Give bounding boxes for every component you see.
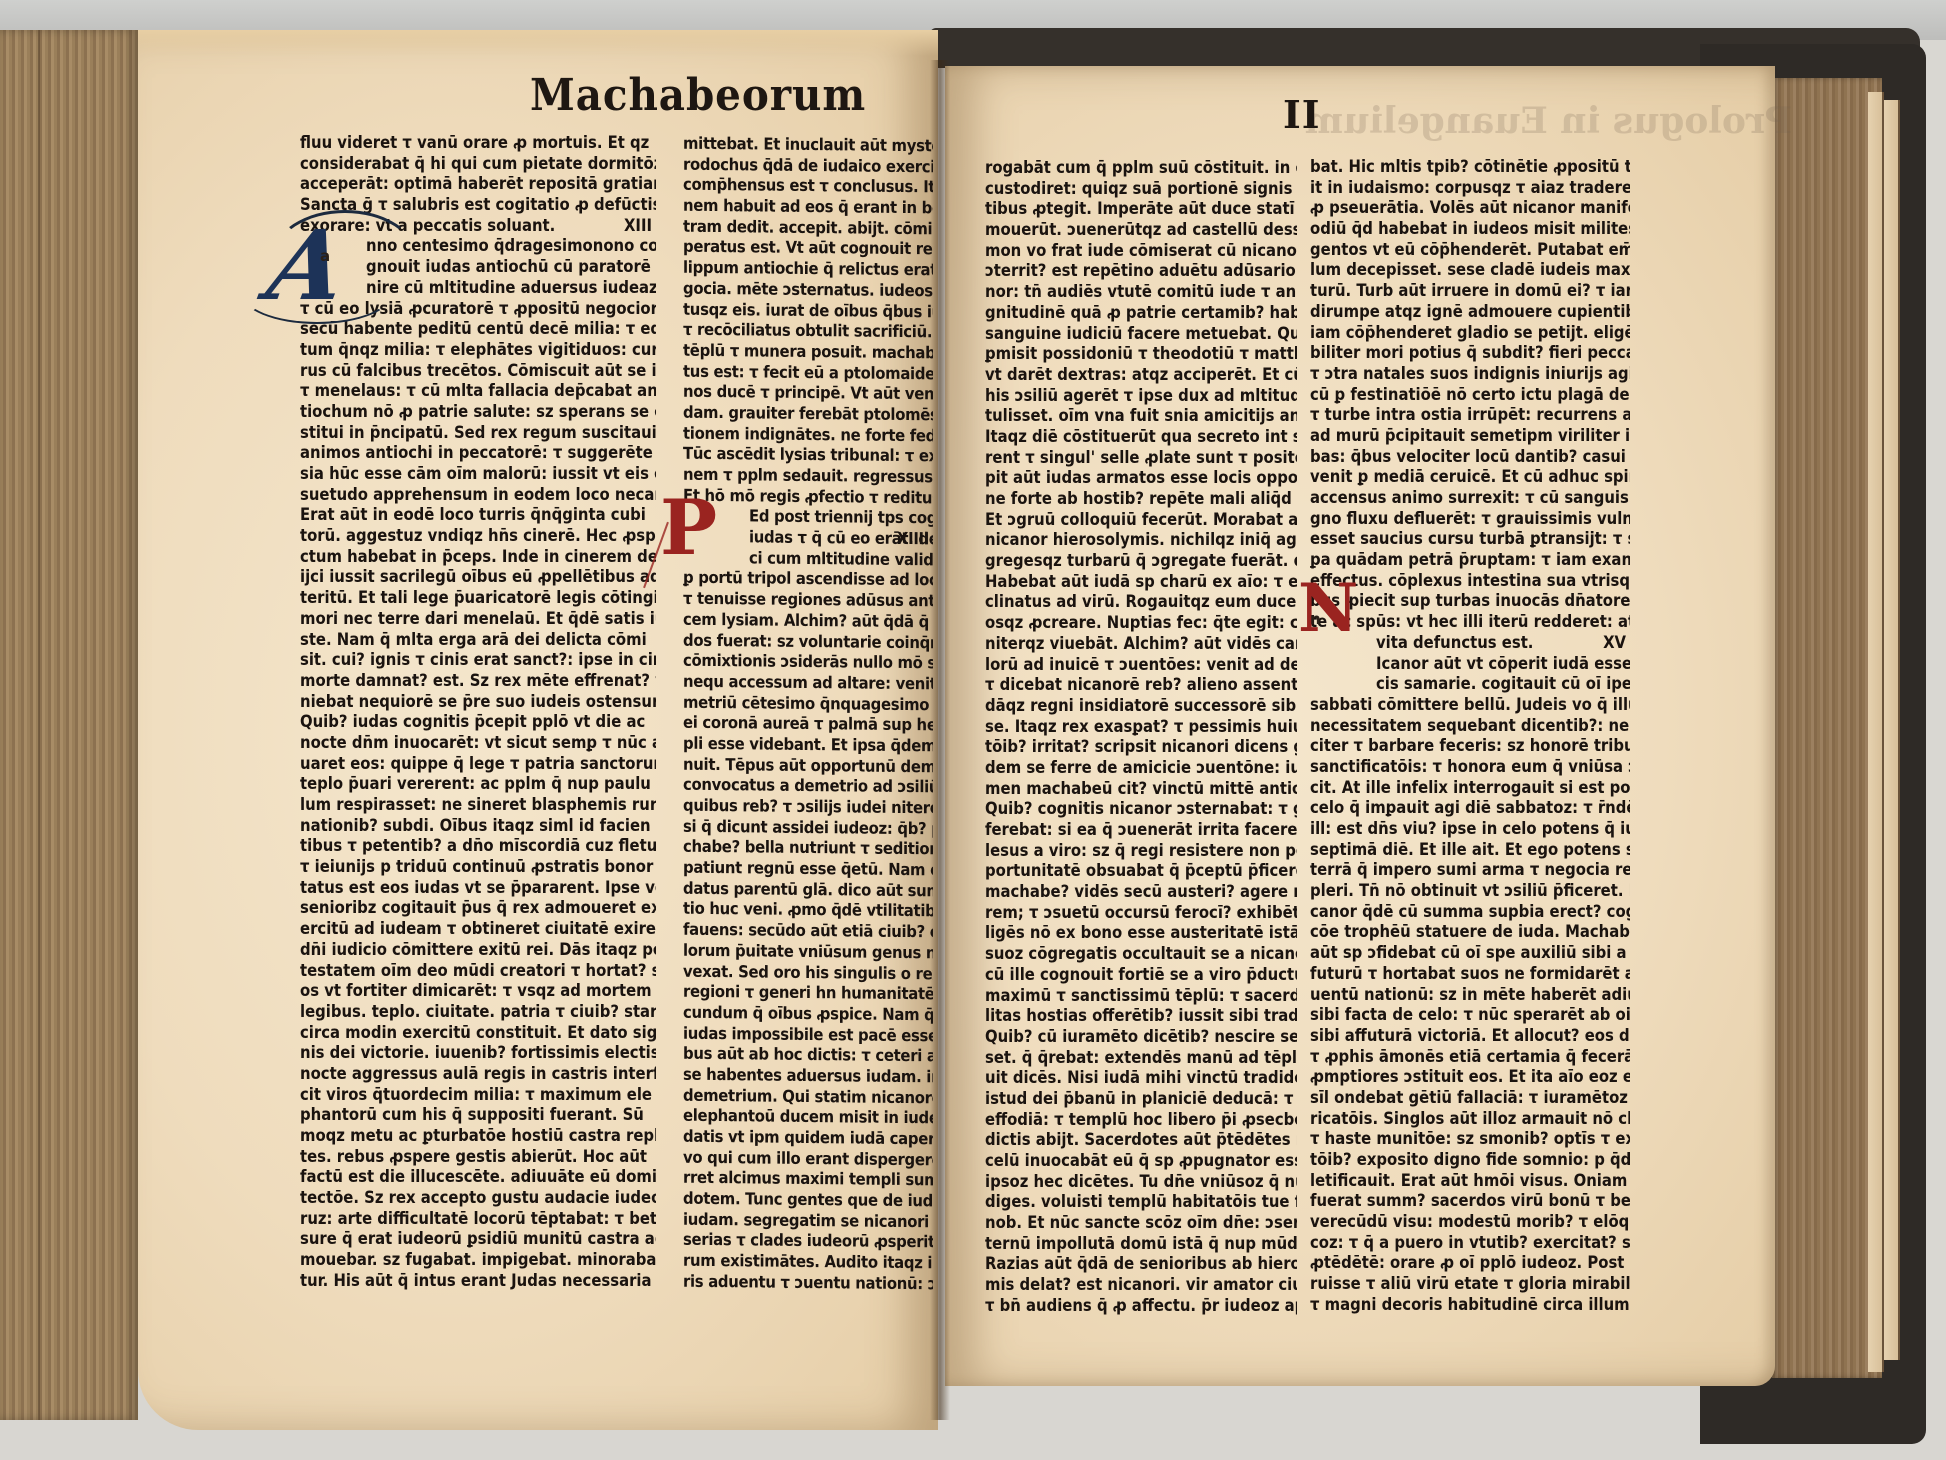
text-line: nequ accessum ad altare: venit ad regē d… — [683, 672, 933, 695]
text-line: Quib? iudas cognitis p̄cepit pplō vt die… — [300, 712, 656, 733]
text-line: sibi facta de celo: τ nūc sperarēt ab oi… — [1310, 1005, 1630, 1026]
text-line: cit viros q̄tuordecim milia: τ maximum e… — [300, 1085, 656, 1106]
text-line: odiū q̄d habebat in iudeos misit milites… — [1310, 219, 1630, 240]
text-line: τ haste munitōe: sz smonib? optīs τ exho… — [1310, 1129, 1630, 1150]
text-line: effodiā: τ templū hoc libero p̄i ꝓsecbo … — [985, 1110, 1297, 1131]
text-line: aūt sp ɔfidebat cū oī spe auxiliū sibi a… — [1310, 943, 1630, 964]
text-line: sia hūc esse cām oīm malorū: iussit vt e… — [300, 464, 656, 485]
text-line: bas: q̄bus velociter locū dantib? casui … — [1310, 447, 1630, 468]
text-line: uaret eos: quippe q̄ lege τ patria sanct… — [300, 754, 656, 775]
text-line: ruisse τ aliū virū etate τ gloria mirabi… — [1310, 1274, 1630, 1295]
text-line: bus aūt ab hoc dictis: τ ceteri amici ho… — [683, 1044, 933, 1067]
text-line: mori nec terre dari menelaū. Et q̄dē sat… — [300, 609, 656, 630]
text-line: turū. Turb aūt irruere in domū ei? τ ian… — [1310, 281, 1630, 302]
text-line: tēplū τ munera posuit. machabeū amplexa — [683, 341, 933, 364]
text-line: cū ꝑ festinatiōē nō certo ictu plagā ded… — [1310, 385, 1630, 406]
text-line: dn̄i iudicio cōmittere exitū rei. Dās it… — [300, 940, 656, 961]
text-line: canor q̄dē cū summa supbia erect? cogita… — [1310, 902, 1630, 923]
text-line: nocte dn̄m inuocarēt: vt sicut semꝑ τ nū… — [300, 733, 656, 754]
text-column-3: rogabāt cum q̄ pplm suū cōstituit. in et… — [985, 158, 1297, 1317]
text-line: rogabāt cum q̄ pplm suū cōstituit. in et… — [985, 158, 1297, 179]
text-line: ternū impollutā domū istā q̄ nup mūdata … — [985, 1234, 1297, 1255]
text-line: gnitudinē quā ꝓ patrie certamib? habebāt… — [985, 303, 1297, 324]
text-line: iudas impossibile est pacē esse negocijs… — [683, 1023, 933, 1046]
text-line: quibus reb? τ ɔsilijs iudei niterent. re… — [683, 796, 933, 819]
page-stain — [138, 30, 938, 56]
text-line: sanctificatōis: τ honora eum q̄ vniūsa ɔ… — [1310, 757, 1630, 778]
text-line: animos antiochi in peccatorē: τ suggerēt… — [300, 443, 656, 464]
text-line: tectōe. Sz rex accepto gustu audacie iud… — [300, 1188, 656, 1209]
text-line: gocia. mēte ɔsternatus. iudeos dep̄cans … — [683, 279, 933, 302]
text-line: factū est die illucescēte. adiuuāte eū d… — [300, 1167, 656, 1188]
text-line: Et ɔgruū colloquiū fecerūt. Morabat aūt — [985, 510, 1297, 531]
text-line: τ menelaus: τ cū mlta fallacia dep̄cabat… — [300, 381, 656, 402]
text-line: nicanor hierosolymis. nichilqz iniq̄ age… — [985, 530, 1297, 551]
text-line: uentū nationū: sz in mēte haberēt adiuto… — [1310, 985, 1630, 1006]
text-line: celo q̄ imꝑauit agi diē sabbatoz: τ r̄nd… — [1310, 798, 1630, 819]
text-line: elephantoū ducem misit in iudeam. dat? m… — [683, 1106, 933, 1129]
text-line: Ed post triennij tps cognouitXIIII — [683, 506, 933, 529]
text-line: letificauit. Erat aūt hmōi visus. Oniam … — [1310, 1171, 1630, 1192]
text-line: lum respirasset: ne sineret blasphemis r… — [300, 795, 656, 816]
text-line: tur. His aūt q̄ intus erant Judas necess… — [300, 1271, 656, 1292]
text-line: ei coronā aureā τ palmā sup hec τ talos … — [683, 713, 933, 736]
text-line: Tūc ascēdit lysias tribunal: τ exposuit … — [683, 444, 933, 467]
text-line: Itaqz diē cōstituerūt qua secreto int se… — [985, 427, 1297, 448]
text-line: septimā diē. Et ille ait. Et ego potens … — [1310, 840, 1630, 861]
text-line: biliter mori potius q̄ subdit? fieri pec… — [1310, 343, 1630, 364]
text-line: acceperāt: optimā haberēt repositā grati… — [300, 174, 656, 195]
text-line: dos fuerat: sz voluntarie coinq̄nat? est… — [683, 630, 933, 653]
text-line: ꝑ portū tripol ascendisse ad loca opport… — [683, 568, 933, 591]
text-column-4: bat. Hic mltis tpib? cōtinētie ꝓpositū t… — [1310, 157, 1630, 1316]
text-line: verecūdū visu: modestū morib? τ elōq dec — [1310, 1212, 1630, 1233]
text-line: ad murū p̄cipitauit semetipm viriliter i… — [1310, 426, 1630, 447]
text-line: ste. Nam q̄ mlta erga arā dei delicta cō… — [300, 630, 656, 651]
text-line: teritū. Et tali lege p̄uaricatorē legis … — [300, 588, 656, 609]
text-line: fuerat summ? sacerdos virū bonū τ benign… — [1310, 1191, 1630, 1212]
text-line: pli esse videbant. Et ipsa q̄dem die sil… — [683, 734, 933, 757]
text-line: chabe? bella nutriunt τ seditiones mouēt… — [683, 837, 933, 860]
text-line: tibus τ petentib? a dn̄o mīscordiā cuz f… — [300, 836, 656, 857]
text-line: legibus. teplo. ciuitate. patria τ ciuib… — [300, 1002, 656, 1023]
drop-cap-initial-red: N — [1298, 575, 1358, 641]
text-line: esset saucius cursu turbā ꝑtransijt: τ s… — [1310, 529, 1630, 550]
text-line: cundum q̄ oībus ꝓspice. Nam q̄diu supere… — [683, 1003, 933, 1026]
text-line: niterqz viuebāt. Alchim? aūt vidēs carit… — [985, 634, 1297, 655]
text-line: serias τ clades iudeorū ꝓsperitates reru… — [683, 1230, 933, 1253]
text-line: ill: est dn̄s viu? ipse in celo potens q… — [1310, 819, 1630, 840]
text-line: custodiret: quiqz suā portionē signis eu… — [985, 179, 1297, 200]
guide-letter: n — [1310, 610, 1321, 628]
text-line: vexat. Sed oro his singulis o rex cognit… — [683, 961, 933, 984]
text-line: tibus ꝓtegit. Imperāte aūt duce statī in… — [985, 199, 1297, 220]
text-line: rum existimātes. Audito itaqz iudei nica… — [683, 1251, 933, 1274]
text-line: men machabeū cit? vinctū mittē antiochia… — [985, 779, 1297, 800]
chapter-text: nno centesimo q̄dragesimonono cognouit i… — [300, 236, 656, 1291]
right-page-block-edge — [1772, 78, 1882, 1378]
text-line: patiunt regnū esse q̄etū. Nam ego defrau — [683, 858, 933, 881]
text-line: uit dicēs. Nisi iudā mihi vinctū tradide… — [985, 1068, 1297, 1089]
text-line: τ ieiunijs p triduū continuū ꝓstratis bo… — [300, 857, 656, 878]
text-line: sabbati cōmittere bellū. Judeis vo q̄ il… — [1310, 695, 1630, 716]
text-line: tusqz eis. iurat de oībus q̄bus iustū vi… — [683, 299, 933, 322]
text-line: tatus est eos iudas vt se p̄pararent. Ip… — [300, 878, 656, 899]
text-line: datis vt ipm quidem iudā caperet vinculi… — [683, 1127, 933, 1150]
chapter-number: XIII — [624, 216, 656, 237]
text-line: clinatus ad virū. Rogauitqz eum ducere v… — [985, 592, 1297, 613]
text-line: coz: τ q̄ a puero in vtutib? exercitat? … — [1310, 1233, 1630, 1254]
text-line: lesus a viro: sz q̄ regi resistere non p… — [985, 841, 1297, 862]
text-line: mis delat? est nicanori. vir amator ciui… — [985, 1275, 1297, 1296]
text-line: ꝑmisit possidoniū τ theodotiū τ matthiaz… — [985, 344, 1297, 365]
text-line: fluu videret τ vanū orare ꝓ mortuis. Et … — [300, 133, 656, 154]
text-line: rodochus q̄dā de iudaico exercitu. q̄ re… — [683, 154, 933, 177]
text-line: Et hō mō regis ꝓfectio τ reditus process… — [683, 485, 933, 508]
text-line: his ɔsiliū agerēt τ ipse dux ad mltitudi… — [985, 386, 1297, 407]
text-line: nor: tn̄ audiēs vtutē comitū iude τ anim… — [985, 282, 1297, 303]
text-line: sit. cui? ignis τ cinis erat sanct?: ips… — [300, 650, 656, 671]
running-head-left: Machabeorum — [530, 70, 866, 121]
text-line: terrā q̄ impero sumi arma τ negocia regi… — [1310, 860, 1630, 881]
text-line: machabe? vidēs secū austeri? agere nican… — [985, 882, 1297, 903]
text-line: mittebat. Et inuclauit aūt mysteria host… — [683, 134, 933, 157]
text-line: nos ducē τ principē. Vt aūt venit ptolom… — [683, 382, 933, 405]
text-line: it in iudaismo: corpusqz τ aiaz tradere … — [1310, 178, 1630, 199]
running-head-right: II — [1283, 92, 1321, 137]
text-line: celū inuocabāt eū q̄ sp ꝓpugnator esset … — [985, 1151, 1297, 1172]
text-column-2: mittebat. Et inuclauit aūt mysteria host… — [683, 134, 933, 1295]
text-line: cōe trophēū statuere de iuda. Machabeus — [1310, 922, 1630, 943]
text-line: convocatus a demetrio ad ɔsiliū τ interr… — [683, 775, 933, 798]
text-line: nem τ pplm sedauit. regressusqz est anti… — [683, 465, 933, 488]
text-line: τ dicebat nicanorē reb? alieno assentire… — [985, 675, 1297, 696]
chapter-number: XV — [1603, 633, 1630, 654]
text-line: ligēs nō ex bono esse austeritatē istā: … — [985, 923, 1297, 944]
text-line: Ed post triennij tps cognouit — [683, 506, 933, 528]
text-line: ne forte ab hostib? repēte mali aliq̄d o… — [985, 489, 1297, 510]
text-line: dictis abijt. Sacerdotes aūt p̄tēdētes m… — [985, 1130, 1297, 1151]
text-line: tōib? exposito digno fide somnio: p q̄d … — [1310, 1150, 1630, 1171]
text-line: ci cum mltitudine valida τ nauibus — [683, 547, 933, 570]
text-line: cū ille cognouit fortiē se a viro p̄duct… — [985, 965, 1297, 986]
show-through-text: Prologus in Euangelium — [1305, 100, 1792, 142]
text-line: iudam. segregatim se nicanori miscebant … — [683, 1209, 933, 1232]
text-line: iudas τ q̄ cū eo erāt. demetriū selen — [683, 527, 933, 550]
text-line: ɔterrit? est repētino aduētu adūsariorū.… — [985, 261, 1297, 282]
text-line: rus cū falcibus trecētos. Cōmiscuit aūt … — [300, 361, 656, 382]
text-line: torū. aggestuz vndiqz hn̄s cinerē. Hec ꝓ… — [300, 526, 656, 547]
text-line: tes. rebus ꝓspere gestis abierūt. Hoc aū… — [300, 1147, 656, 1168]
text-line: Quib? cū iuramēto dicētib? nescire se vb… — [985, 1027, 1297, 1048]
text-line: ercitū ad iudeam τ obtineret ciuitatē ex… — [300, 919, 656, 940]
text-line: mouerūt. ɔuenerūtqz ad castellū dessau. … — [985, 220, 1297, 241]
text-line: τ magni decoris habitudinē circa illum. … — [1310, 1295, 1630, 1316]
text-line: iam cōp̄henderet gladio se petijt. eligē… — [1310, 323, 1630, 344]
text-line: cem lysiam. Alchim? aūt q̄dā q̄ summ? sa… — [683, 610, 933, 633]
text-line: gno fluxu defluerēt: τ grauissimis vulne… — [1310, 509, 1630, 530]
text-line: nob. Et nūc sancte scōz oīm dn̄e: ɔserua… — [985, 1213, 1297, 1234]
text-line: tram dedit. accepit. abijt. cōmisit cū i… — [683, 216, 933, 239]
text-line: ꝓ pseuerātia. Volēs aūt nicanor manifest… — [1310, 198, 1630, 219]
text-line: tus est: τ fecit eū a ptolomaide vsqz ad… — [683, 361, 933, 384]
text-line: istud dei p̄banū in planiciē deducā: τ a… — [985, 1089, 1297, 1110]
text-line: τ bn̄ audiens q̄ ꝓ affectu. p̄r iudeoz a… — [985, 1296, 1297, 1317]
text-line: tiochum nō ꝓ patrie salute: sz sperans s… — [300, 402, 656, 423]
text-line: peratus est. Vt aūt cognouit rebellasse … — [683, 237, 933, 260]
text-line: citer τ barbare feceris: sz honorē tribu… — [1310, 736, 1630, 757]
text-line: dotem. Tunc gentes que de iudea fugerant — [683, 1189, 933, 1212]
text-line: Razias aūt q̄dā de senioribus ab hieroso… — [985, 1254, 1297, 1275]
text-line: venit ꝑ mediā ceruicē. Et cū adhuc spira… — [1310, 467, 1630, 488]
text-line: tio huc veni. ꝓmo q̄dē vtilitatib? regis… — [683, 899, 933, 922]
text-line: pleri. Tn̄ nō obtinuit vt ɔsiliū p̄ficer… — [1310, 881, 1630, 902]
text-line: mon vo frat iude cōmiserat cū nicanore s… — [985, 241, 1297, 262]
text-line: futurū τ hortabat suos ne formidarēt ad … — [1310, 964, 1630, 985]
text-line: circa modin exercitū constituit. Et dato… — [300, 1023, 656, 1044]
text-line: ricatōis. Singlos aūt illoz armauit nō c… — [1310, 1109, 1630, 1130]
text-line: gentos vt eū cōp̄henderēt. Putabat em̄ s… — [1310, 240, 1630, 261]
text-line: secū habente peditū centū decē milia: τ … — [300, 319, 656, 340]
text-line: cit. At ille infelix interrogauit si est… — [1310, 778, 1630, 799]
text-line: nem habuit ad eos q̄ erant in bethsuris.… — [683, 196, 933, 219]
text-line: gregesqz turbarū q̄ ɔgregate fuerāt. dim… — [985, 551, 1297, 572]
text-line: rem; τ ɔsuetū occursū ferocī? exhibētē: … — [985, 903, 1297, 924]
text-line: moqz metu ac ꝑturbatōe hostiū castra rep… — [300, 1126, 656, 1147]
text-line: τ ꝓphis āmonēs etiā certamia q̄ fecerāt … — [1310, 1047, 1630, 1068]
chapter-text: iudas τ q̄ cū eo erāt. demetriū selenci … — [683, 527, 933, 1295]
text-line: τ recōciliatus obtulit sacrificiū. honor… — [683, 320, 933, 343]
text-line: niebat nequiorē se p̄re suo iudeis osten… — [300, 692, 656, 713]
left-page-block-edge — [0, 30, 138, 1420]
text-line: metriū cētesimo q̄nquagesimo anno offere… — [683, 692, 933, 715]
text-line: nuit. Tēpus aūt opportunū demētie sue na… — [683, 754, 933, 777]
text-line: dirumpe atqz ignē admouere cupientib?: c… — [1310, 302, 1630, 323]
text-line: ctum habebat in p̄ceps. Inde in cinerem … — [300, 547, 656, 568]
text-line: rent τ singul' selle ꝓlate sunt τ posite… — [985, 448, 1297, 469]
book-gutter — [930, 60, 950, 1420]
text-line: tōib? irritat? scripsit nicanori dicens … — [985, 737, 1297, 758]
text-line: vo qui cum illo erant dispergeret. ɔstit… — [683, 1147, 933, 1170]
text-line: ris aduentu τ ɔuentu nationū: ɔspersi te… — [683, 1272, 933, 1295]
text-line: dem se ferre de amicicie ɔuentōne: iuber… — [985, 758, 1297, 779]
text-line: nis dei victorie. iuuenib? fortissimis e… — [300, 1043, 656, 1064]
text-line: senioribz cogitauit p̄us q̄ rex admouere… — [300, 898, 656, 919]
text-line: lorū ad inuicē τ ɔuentōes: venit ad deme… — [985, 655, 1297, 676]
text-line: se habentes aduersus iudam. inflammauerū… — [683, 1065, 933, 1088]
text-line: rret alcimus maximi templi summum sacer — [683, 1168, 933, 1191]
text-line: sure q̄ erat iudeorū ꝑsidiū munitū castr… — [300, 1229, 656, 1250]
text-line: nationib? subdi. Oībus itaqz siml id fac… — [300, 816, 656, 837]
text-line: cōmixtionis ɔsiderās nullo mō sibi esse … — [683, 651, 933, 674]
text-line: regioni τ generi hn humanitatē ꝓspice se — [683, 982, 933, 1005]
text-line: tum q̄nqz milia: τ elephātes vigitiduos:… — [300, 340, 656, 361]
text-line: stitui in p̄ncipatū. Sed rex regum susci… — [300, 423, 656, 444]
text-line: Icanor aūt vt cōperit iudā esse in lo — [1310, 654, 1630, 675]
text-line: osqz ꝓcreare. Nuptias fec: q̄te egit: cō… — [985, 613, 1297, 634]
text-line: suoz cōgregatis occultauit se a nicanore… — [985, 944, 1297, 965]
text-line: τ turbe intra ostia irrūpēt: recurrens a… — [1310, 405, 1630, 426]
guide-letter: a — [320, 247, 330, 265]
text-line: τ tenuisse regiones adūsus antiochū τ du — [683, 589, 933, 612]
text-line: demetrium. Qui statim nicanorē ꝓpositum — [683, 1085, 933, 1108]
text-line: bat. Hic mltis tpib? cōtinētie ꝓpositū t… — [1310, 157, 1630, 178]
text-line: si q̄ dicunt assidei iudeoz: q̄b? p̄est … — [683, 816, 933, 839]
text-line: se. Itaqz rex exasꝑat? τ pessimis huius … — [985, 717, 1297, 738]
text-line: ferebat: si ea q̄ ɔuenerāt irrita facere… — [985, 820, 1297, 841]
chapter-text: rogabāt cum q̄ pplm suū cōstituit. in et… — [985, 158, 1297, 1317]
text-line: fauens: secūdo aūt etiā ciuib? cōsulēs. … — [683, 920, 933, 943]
text-line: teplo p̄uari vererent: ac pplm q̄ nup pa… — [300, 774, 656, 795]
text-line: sanguine iudiciū facere metuebat. Quāobr… — [985, 324, 1297, 345]
text-line: sibi affuturā victoriā. Et allocut? eos … — [1310, 1026, 1630, 1047]
text-line: Habebat aūt iudā sp charū ex aīo: τ erat… — [985, 572, 1297, 593]
text-line: dam. grauiter ferebāt ptolomēses amicici… — [683, 403, 933, 426]
drop-cap-initial-red: P — [660, 490, 717, 566]
text-line: mouebar. sz fugabat. impigebat. minoraba — [300, 1250, 656, 1271]
text-line: ꝓmptiores ɔstituit eos. Et ita aīo eoz e… — [1310, 1067, 1630, 1088]
text-line: accensus animo surrexit: τ cū sanguis ei… — [1310, 488, 1630, 509]
text-line: lum decepisset. sese cladē iudeis maximā… — [1310, 260, 1630, 281]
text-line: maximū τ sanctissimū tēplū: τ sacerdotib… — [985, 986, 1297, 1007]
text-line: Quib? cognitis nicanor ɔsternabat: τ gra… — [985, 799, 1297, 820]
text-line: ruz: arte difficultatē locorū tēptabat: … — [300, 1209, 656, 1230]
text-line: vt darēt dextras: atqz acciperēt. Et cū … — [985, 365, 1297, 386]
leaf-edge — [1868, 92, 1884, 1372]
chapter-text: mittebat. Et inuclauit aūt mysteria host… — [683, 134, 933, 530]
text-line: necessitatem sequebant dicentib?: ne ita… — [1310, 716, 1630, 737]
text-line: cis samarie. cogitauit cū oī ipetu die — [1310, 674, 1630, 695]
text-line: tulisset. oīm vna fuit snia amicitijs an… — [985, 406, 1297, 427]
text-line: ꝓtēdētē: orare ꝓ oī pplō iudeoz. Post ho… — [1310, 1253, 1630, 1274]
text-line: lippum antiochie q̄ relictus erat super … — [683, 258, 933, 281]
text-line: suetudo apprehensum in eodem loco necari — [300, 485, 656, 506]
text-line: portunitatē obsuabat q̄ p̄ceptū p̄ficere… — [985, 861, 1297, 882]
text-line: ꝑa quādam petrā p̄ruptam: τ iam exanguis — [1310, 550, 1630, 571]
text-line: phantorū cum his q̄ suppositi fuerant. S… — [300, 1105, 656, 1126]
text-line: ijci iussit sacrilegū oībus eū ꝓpellētib… — [300, 567, 656, 588]
text-line: nocte aggressus aulā regis in castris in… — [300, 1064, 656, 1085]
text-line: dāqz regni insidiatorē successorē sibi d… — [985, 696, 1297, 717]
text-line: ipsoz hec dicētes. Tu dn̄e vniūsoz q̄ nu… — [985, 1172, 1297, 1193]
text-line: τ ɔtra natales suos indignis iniurijs ag… — [1310, 364, 1630, 385]
text-line: sīl ondebat gētiū fallaciā: τ iuramētoz … — [1310, 1088, 1630, 1109]
text-line: os vt fortiter dimicarēt: τ vsqz ad mort… — [300, 981, 656, 1002]
text-line: morte damnat? est. Sz rex mēte effrenat?… — [300, 671, 656, 692]
text-line: considerabat q̄ hi qui cum pietate dormi… — [300, 154, 656, 175]
text-line: testatem oīm deo mūdi creatori τ hortat?… — [300, 961, 656, 982]
text-line: comp̄hensus est τ conclusus. Iterū rex s… — [683, 175, 933, 198]
text-line: diges. voluisti templū habitatōis tue fi… — [985, 1192, 1297, 1213]
text-line: datus parentū glā. dico aūt summo sacerd… — [683, 878, 933, 901]
text-line: pit aūt iudas armatos esse locis opportu… — [985, 468, 1297, 489]
text-line: set. q̄ q̄rebat: extendēs manū ad tēplū … — [985, 1048, 1297, 1069]
text-line: litas hostias offerētib? iussit sibi tra… — [985, 1006, 1297, 1027]
text-line: tionem indignātes. ne forte fedus irrump… — [683, 423, 933, 446]
leaf-edge — [1884, 100, 1900, 1360]
text-line: Erat aūt in eodē loco turris q̄nq̄ginta … — [300, 505, 656, 526]
chapter-text: Icanor aūt vt cōperit iudā esse in locis… — [1310, 654, 1630, 1316]
text-line: lorum p̄uitate vniūsum genus nrm non min… — [683, 941, 933, 964]
